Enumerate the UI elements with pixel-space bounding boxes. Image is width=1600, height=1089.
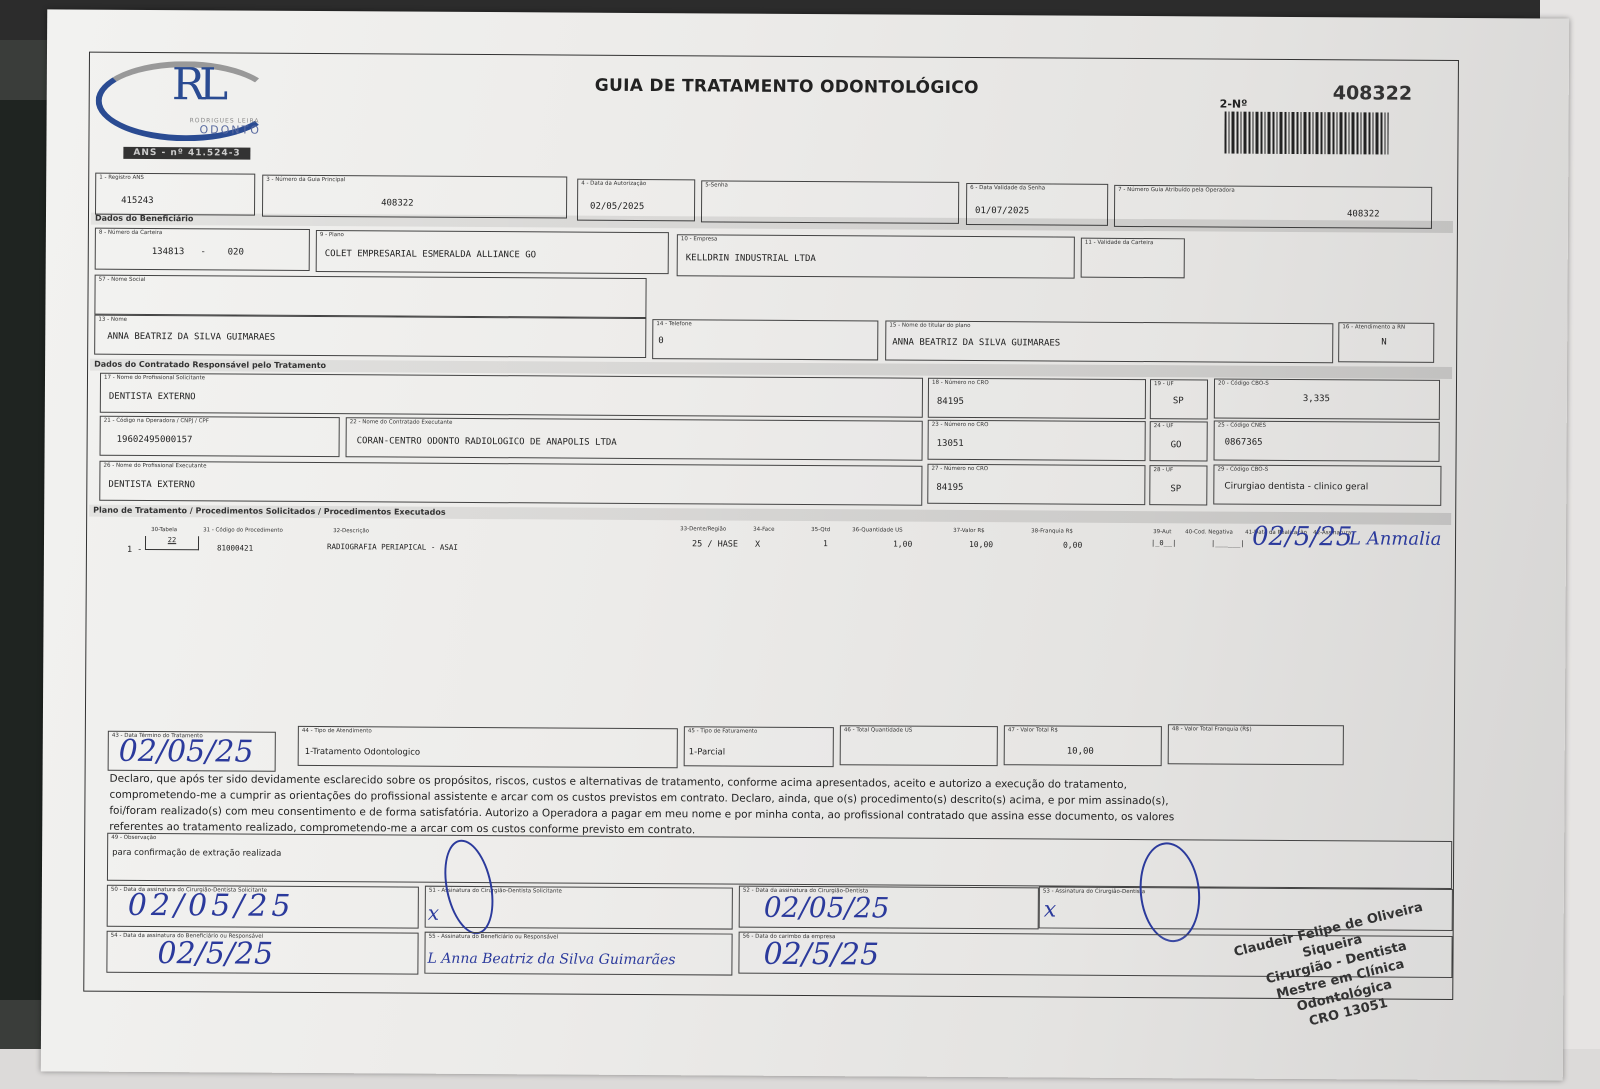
row-tabela: 22 (145, 536, 199, 550)
field-data-assinatura-solicitante[interactable]: 50 - Data da assinatura do Cirurgião-Den… (107, 885, 419, 929)
field-label: 7 - Número Guia Atribuído pela Operadora (1118, 187, 1235, 194)
field-total-quantidade-us[interactable]: 46 - Total Quantidade US (840, 725, 998, 766)
field-label: 29 - Código CBO-S (1217, 467, 1268, 473)
field-valor-total-franquia[interactable]: 48 - Valor Total Franquia (R$) (1168, 724, 1344, 765)
field-value: 0 (658, 336, 663, 346)
field-label: 11 - Validade da Carteira (1085, 240, 1154, 246)
field-cro-contratado[interactable]: 23 - Número no CRO 13051 (928, 420, 1146, 461)
col-descricao: 32-Descrição (333, 528, 369, 534)
row-cod-negativa: |______| (1211, 539, 1245, 547)
field-data-termino[interactable]: 43 - Data Término do Tratamento 02/05/25 (108, 731, 276, 772)
field-cbo-executante[interactable]: 29 - Código CBO-S Cirurgiao dentista - c… (1213, 464, 1441, 505)
field-carteira[interactable]: 8 - Número da Carteira 134813 - 020 (95, 228, 310, 271)
field-prof-executante[interactable]: 26 - Nome do Profissional Executante DEN… (99, 461, 922, 506)
field-uf-executante[interactable]: 28 - UF SP (1149, 465, 1207, 505)
field-value: Cirurgiao dentista - clinico geral (1224, 482, 1368, 493)
row-face: X (755, 540, 760, 550)
field-value: para confirmação de extração realizada (112, 848, 281, 859)
field-value: DENTISTA EXTERNO (108, 480, 195, 491)
form-title: GUIA DE TRATAMENTO ODONTOLÓGICO (595, 76, 979, 98)
row-index: 1 - (127, 545, 142, 555)
row-codigo: 81000421 (217, 543, 253, 552)
col-tabela: 30-Tabela (151, 527, 177, 533)
field-value: SP (1170, 484, 1181, 494)
field-value: 0867365 (1225, 438, 1263, 448)
col-valor: 37-Valor R$ (953, 528, 985, 534)
field-atendimento-rn[interactable]: 16 - Atendimento a RN N (1338, 322, 1434, 363)
field-tipo-atendimento[interactable]: 44 - Tipo de Atendimento 1-Tratamento Od… (298, 726, 678, 768)
field-value: 13051 (937, 439, 964, 449)
logo-name: ODONTO (199, 123, 260, 136)
field-label: 48 - Valor Total Franquia (R$) (1172, 726, 1252, 732)
field-label: 4 - Data da Autorização (581, 181, 646, 187)
col-face: 34-Face (753, 527, 774, 533)
field-cro-solicitante[interactable]: 18 - Número no CRO 84195 (928, 378, 1146, 419)
field-value: ANNA BEATRIZ DA SILVA GUIMARAES (892, 338, 1060, 349)
col-quantidade-us: 36-Quantidade US (852, 527, 903, 533)
col-aut: 39-Aut (1153, 529, 1171, 535)
barcode (1224, 112, 1388, 155)
field-label: 16 - Atendimento a RN (1342, 324, 1405, 330)
field-label: 17 - Nome do Profissional Solicitante (104, 375, 205, 382)
field-label: 47 - Valor Total R$ (1008, 727, 1058, 733)
field-label: 10 - Empresa (681, 236, 718, 242)
field-label: 19 - UF (1154, 381, 1174, 387)
field-label: 9 - Plano (320, 232, 344, 238)
field-value: KELLDRIN INDUSTRIAL LTDA (686, 253, 816, 264)
field-value: x (428, 901, 439, 925)
col-codigo: 31 - Código do Procedimento (203, 527, 283, 533)
field-validade-carteira[interactable]: 11 - Validade da Carteira (1081, 238, 1185, 279)
field-value: 02/5/25 (763, 937, 879, 973)
col-dente: 33-Dente/Região (680, 526, 726, 532)
row-quantidade-us: 1,00 (893, 540, 912, 549)
field-contratado-executante[interactable]: 22 - Nome do Contratado Executante CORAN… (346, 417, 923, 461)
field-value: CORAN-CENTRO ODONTO RADIOLOGICO DE ANAPO… (357, 436, 617, 448)
paper-sheet: RL RODRIGUES LEIRA ODONTO ANS - nº 41.52… (41, 9, 1569, 1080)
field-label: 1 - Registro ANS (99, 175, 144, 181)
field-prof-solicitante[interactable]: 17 - Nome do Profissional Solicitante DE… (100, 373, 923, 418)
field-label: 44 - Tipo de Atendimento (302, 728, 372, 734)
field-tipo-faturamento[interactable]: 45 - Tipo de Faturamento 1-Parcial (684, 726, 834, 767)
field-value: 01/07/2025 (975, 206, 1029, 216)
field-value: 134813 - 020 (152, 247, 244, 258)
row-descricao: RADIOGRAFIA PERIAPICAL - ASAI (327, 542, 458, 552)
field-value: DENTISTA EXTERNO (109, 392, 196, 403)
field-label: 26 - Nome do Profissional Executante (103, 463, 206, 470)
field-label: 8 - Número da Carteira (99, 230, 162, 236)
col-cod-negativa: 40-Cod. Negativa (1185, 529, 1233, 535)
field-value: 415243 (121, 196, 154, 206)
field-label: 21 - Código na Operadora / CNPJ / CPF (104, 418, 209, 425)
field-assinatura-solicitante[interactable]: 51 - Assinatura do Cirurgião-Dentista So… (425, 886, 733, 930)
field-label: 23 - Número no CRO (932, 422, 989, 428)
field-label: 20 - Código CBO-S (1218, 381, 1269, 387)
row-valor: 10,00 (969, 540, 993, 549)
field-label: 18 - Número no CRO (932, 380, 989, 386)
field-value: ANNA BEATRIZ DA SILVA GUIMARAES (107, 332, 275, 343)
field-cro-executante[interactable]: 27 - Número no CRO 84195 (927, 464, 1145, 505)
field-value: SP (1173, 396, 1184, 406)
field-value: N (1381, 338, 1386, 348)
field-cnes[interactable]: 25 - Código CNES 0867365 (1214, 420, 1440, 461)
section-plano-tratamento: Plano de Tratamento / Procedimentos Soli… (89, 505, 1451, 525)
row-dente: 25 / HASE (692, 539, 738, 549)
field-value: 02/05/2025 (590, 202, 644, 212)
row-qtd: 1 (823, 539, 828, 548)
field-label: 53 - Assinatura do Cirurgião-Dentista (1043, 888, 1145, 895)
field-value: 1-Parcial (689, 747, 725, 757)
col-qtd: 35-Qtd (811, 527, 830, 533)
field-assinatura-beneficiario[interactable]: 55 - Assinatura do Beneficiário ou Respo… (424, 932, 732, 976)
field-label: 3 - Número da Guia Principal (266, 177, 345, 183)
field-nome-social[interactable]: 57 - Nome Social (94, 275, 646, 318)
field-value: 10,00 (1067, 747, 1094, 757)
logo-initials: RL (172, 59, 223, 110)
row-data-realizacao: 02/5/25 (1252, 522, 1352, 553)
field-value: 84195 (936, 483, 963, 493)
field-label: 13 - Nome (98, 317, 127, 323)
field-value: x (1044, 897, 1057, 922)
field-uf-contratado[interactable]: 24 - UF GO (1150, 421, 1208, 461)
field-titular[interactable]: 15 - Nome do titular do plano ANNA BEATR… (885, 320, 1333, 363)
row-franquia: 0,00 (1063, 541, 1082, 550)
guia-number: 408322 (1333, 82, 1412, 104)
field-label: 46 - Total Quantidade US (844, 727, 912, 733)
field-label: 5-Senha (705, 182, 728, 188)
field-value: 408322 (1347, 209, 1380, 219)
field-registro-ans[interactable]: 1 - Registro ANS 415243 (95, 173, 255, 216)
field-label: 25 - Código CNES (1218, 423, 1266, 429)
form-frame: RL RODRIGUES LEIRA ODONTO ANS - nº 41.52… (83, 52, 1459, 1000)
field-data-assinatura-beneficiario[interactable]: 54 - Data da assinatura do Beneficiário … (106, 931, 418, 975)
field-label: 24 - UF (1154, 423, 1174, 429)
field-value: 02/05/25 (128, 888, 295, 924)
field-value: 408322 (381, 198, 414, 208)
field-label: 49 - Observação (111, 835, 156, 841)
field-value: 84195 (937, 397, 964, 407)
field-label: 14 - Telefone (656, 321, 691, 327)
logo-ans-badge: ANS - nº 41.524-3 (123, 147, 250, 160)
field-label: 15 - Nome do titular do plano (889, 323, 970, 329)
company-logo: RL RODRIGUES LEIRA ODONTO ANS - nº 41.52… (91, 55, 312, 161)
guia-number-label: 2-Nº (1220, 98, 1248, 111)
field-value: 02/5/25 (157, 936, 273, 972)
field-value: COLET EMPRESARIAL ESMERALDA ALLIANCE GO (325, 249, 536, 260)
field-cbo-solicitante[interactable]: 20 - Código CBO-S 3,335 (1214, 378, 1440, 419)
field-value: GO (1171, 440, 1182, 450)
declaration-text: Declaro, que após ter sido devidamente e… (109, 771, 1189, 842)
field-label: 55 - Assinatura do Beneficiário ou Respo… (429, 934, 559, 941)
field-data-assinatura-cirurgiao[interactable]: 52 - Data da assinatura do Cirurgião-Den… (739, 886, 1039, 930)
field-value: L Anna Beatriz da Silva Guimarães (427, 951, 675, 969)
field-label: 45 - Tipo de Faturamento (688, 728, 758, 734)
field-label: 28 - UF (1153, 467, 1173, 473)
field-value: 02/05/25 (764, 891, 890, 925)
field-observacao[interactable]: 49 - Observação para confirmação de extr… (107, 833, 1452, 889)
field-nome[interactable]: 13 - Nome ANNA BEATRIZ DA SILVA GUIMARAE… (94, 315, 646, 358)
field-value: 3,335 (1303, 394, 1330, 404)
field-value: 19602495000157 (117, 435, 193, 445)
field-uf-solicitante[interactable]: 19 - UF SP (1150, 379, 1208, 419)
field-label: 27 - Número no CRO (931, 466, 988, 472)
col-franquia: 38-Franquia R$ (1031, 528, 1073, 534)
field-label: 57 - Nome Social (99, 277, 146, 283)
row-assinatura: L Anmalia (1349, 528, 1441, 550)
field-plano[interactable]: 9 - Plano COLET EMPRESARIAL ESMERALDA AL… (316, 230, 669, 274)
field-label: 22 - Nome do Contratado Executante (350, 419, 453, 426)
field-label: 6 - Data Validade da Senha (970, 185, 1045, 191)
field-value: 02/05/25 (119, 734, 254, 770)
field-codigo-operadora[interactable]: 21 - Código na Operadora / CNPJ / CPF 19… (100, 416, 340, 457)
field-valor-total[interactable]: 47 - Valor Total R$ 10,00 (1004, 725, 1162, 766)
row-aut: |_0__| (1151, 539, 1176, 547)
field-telefone[interactable]: 14 - Telefone 0 (652, 319, 878, 360)
field-empresa[interactable]: 10 - Empresa KELLDRIN INDUSTRIAL LTDA (677, 234, 1075, 278)
field-guia-principal[interactable]: 3 - Número da Guia Principal 408322 (262, 175, 567, 219)
field-value: 1-Tratamento Odontologico (305, 747, 420, 758)
